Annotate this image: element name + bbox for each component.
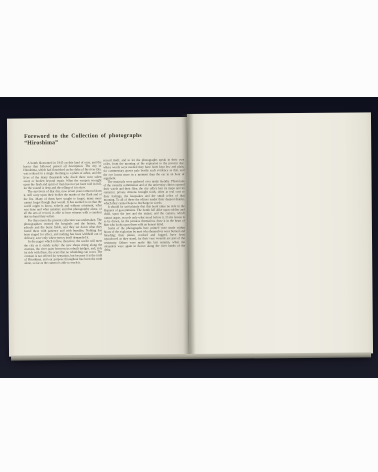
paragraph: Some of the photographs here printed wer… [104,226,185,252]
left-page: Foreword to the Collection of photograph… [7,117,189,357]
right-page: pictures is made of the scorched and the… [187,112,373,355]
book-spread: Foreword to the Collection of photograph… [7,112,373,358]
left-page-column-1: A bomb blossomed in 1945 on this land of… [23,161,103,344]
paragraph: The materials were gathered over many mo… [104,180,185,206]
paragraph: record itself, and to let the photograph… [103,158,184,180]
paragraph: A bomb blossomed in 1945 on this land of… [23,161,101,190]
photograph-of-open-book: { "colors": { "backdrop": "#141522", "pa… [0,0,378,472]
paragraph: The survivors of that day, now seven yea… [24,189,102,218]
page-title-text: Foreword to the Collection of photograph… [24,132,174,145]
paragraph: For this reason the present collection w… [24,218,102,240]
left-page-column-2: record itself, and to let the photograph… [103,158,186,343]
text-column: record itself, and to let the photograph… [103,158,185,252]
paragraph: In the pages which follow, therefore, th… [24,239,102,265]
text-column: A bomb blossomed in 1945 on this land of… [23,161,102,265]
page-title: Foreword to the Collection of photograph… [24,132,174,145]
paragraph: It should be said plainly that this book… [104,205,185,227]
